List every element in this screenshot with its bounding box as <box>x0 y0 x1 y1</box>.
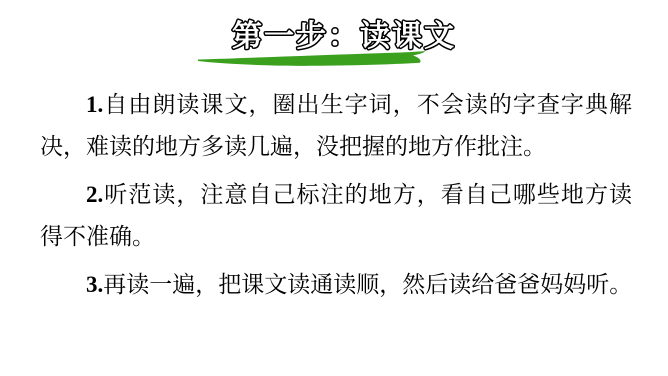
paragraph-3: 3.再读一遍，把课文读通读顺，然后读给爸爸妈妈听。 <box>40 264 632 306</box>
slide-title: 第一步：读课文 <box>174 4 514 56</box>
list-number-1: 1. <box>86 92 103 117</box>
brush-stroke-shape <box>198 51 425 66</box>
paragraph-3-line-1: 3.再读一遍，把课文读通读顺，然后读给爸爸妈妈听。 <box>40 264 632 306</box>
title-text: 第一步：读课文 <box>232 19 456 53</box>
list-number-3: 3. <box>86 272 103 297</box>
paragraph-1-text: 自由朗读课文，圈出生字词，不会读的字查字典解 <box>103 92 632 117</box>
title-underline-brush-icon <box>197 50 427 67</box>
paragraph-2-line-1: 2.听范读，注意自己标注的地方，看自己哪些地方读 <box>40 174 632 216</box>
paragraph-2-text: 听范读，注意自己标注的地方，看自己哪些地方读 <box>103 182 632 207</box>
paragraph-1: 1.自由朗读课文，圈出生字词，不会读的字查字典解 决，难读的地方多读几遍，没把握… <box>40 84 632 168</box>
paragraph-2: 2.听范读，注意自己标注的地方，看自己哪些地方读 得不准确。 <box>40 174 632 258</box>
slide-body: 1.自由朗读课文，圈出生字词，不会读的字查字典解 决，难读的地方多读几遍，没把握… <box>40 84 632 312</box>
list-number-2: 2. <box>86 182 103 207</box>
paragraph-2-line-2: 得不准确。 <box>40 216 632 258</box>
paragraph-3-text: 再读一遍，把课文读通读顺，然后读给爸爸妈妈听。 <box>103 272 632 297</box>
slide: 第一步：读课文 1.自由朗读课文，圈出生字词，不会读的字查字典解 决，难读的地方… <box>0 0 668 376</box>
paragraph-1-line-2: 决，难读的地方多读几遍，没把握的地方作批注。 <box>40 126 632 168</box>
paragraph-1-line-1: 1.自由朗读课文，圈出生字词，不会读的字查字典解 <box>40 84 632 126</box>
